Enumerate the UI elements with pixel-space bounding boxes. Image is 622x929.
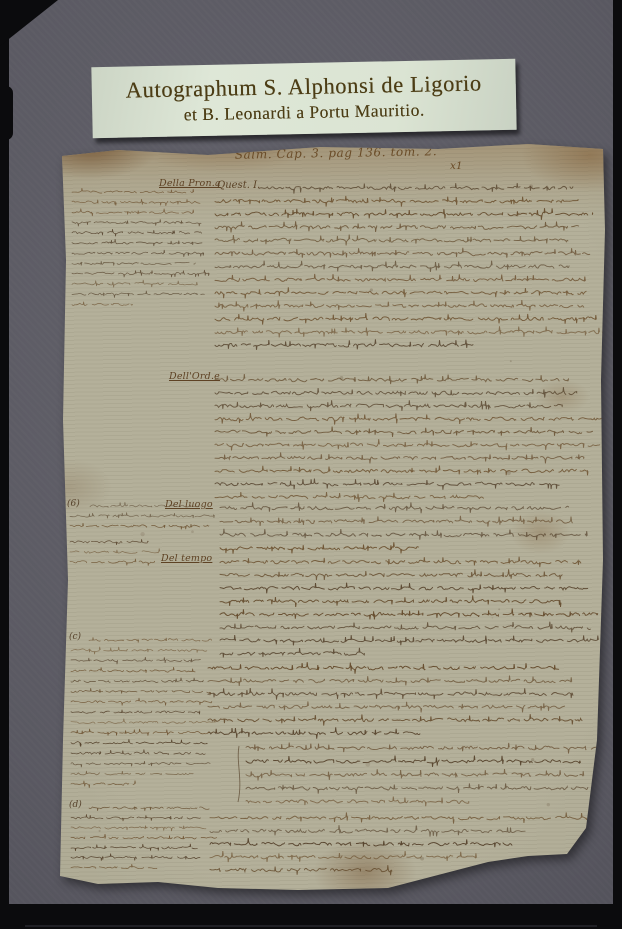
film-edge-sheen: [25, 925, 597, 927]
film-edge-notch: [0, 86, 13, 140]
handwriting-lines: [58, 140, 606, 895]
manuscript-page: Salm. Cap. 3. pag 136. tom. 2. x1 Della …: [58, 140, 606, 895]
film-edge-bottom: [0, 904, 622, 929]
photograph: Autographum S. Alphonsi de Ligorio et B.…: [0, 0, 622, 929]
manuscript-paper: Salm. Cap. 3. pag 136. tom. 2. x1 Della …: [58, 140, 606, 895]
film-edge-right: [613, 0, 622, 929]
caption-label: Autographum S. Alphonsi de Ligorio et B.…: [91, 59, 516, 138]
